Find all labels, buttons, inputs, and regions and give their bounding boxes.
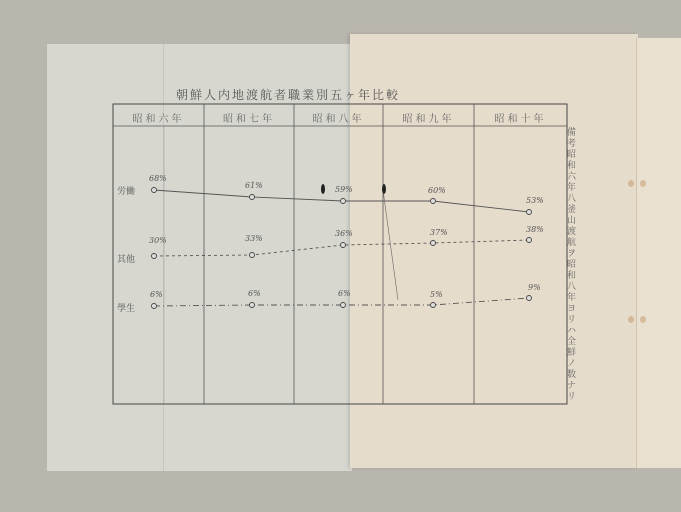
value-label: 38%: [526, 225, 544, 234]
column-header-3: 昭和八年: [294, 110, 383, 125]
value-label: 6%: [248, 289, 261, 298]
row-label-labor: 労働: [117, 184, 135, 197]
column-header-2: 昭和七年: [204, 110, 294, 125]
value-label: 9%: [528, 283, 541, 292]
column-header-4: 昭和九年: [383, 110, 474, 125]
value-label: 30%: [149, 236, 167, 245]
value-label: 6%: [338, 289, 351, 298]
value-label: 37%: [430, 228, 448, 237]
row-label-students: 學生: [117, 301, 135, 314]
value-label: 33%: [245, 234, 263, 243]
value-label: 59%: [335, 185, 353, 194]
value-label: 5%: [430, 290, 443, 299]
value-label: 68%: [149, 174, 167, 183]
column-header-5: 昭和十年: [474, 110, 567, 125]
value-label: 53%: [526, 196, 544, 205]
value-label: 36%: [335, 229, 353, 238]
value-label: 6%: [150, 290, 163, 299]
side-note: 備考 昭和六年八釜山渡航ヲ 昭和八年ヨリハ全鮮ノ数ナリ: [567, 128, 581, 403]
row-label-other: 其他: [117, 252, 135, 265]
column-header-1: 昭和六年: [113, 110, 204, 125]
value-label: 60%: [428, 186, 446, 195]
value-label: 61%: [245, 181, 263, 190]
